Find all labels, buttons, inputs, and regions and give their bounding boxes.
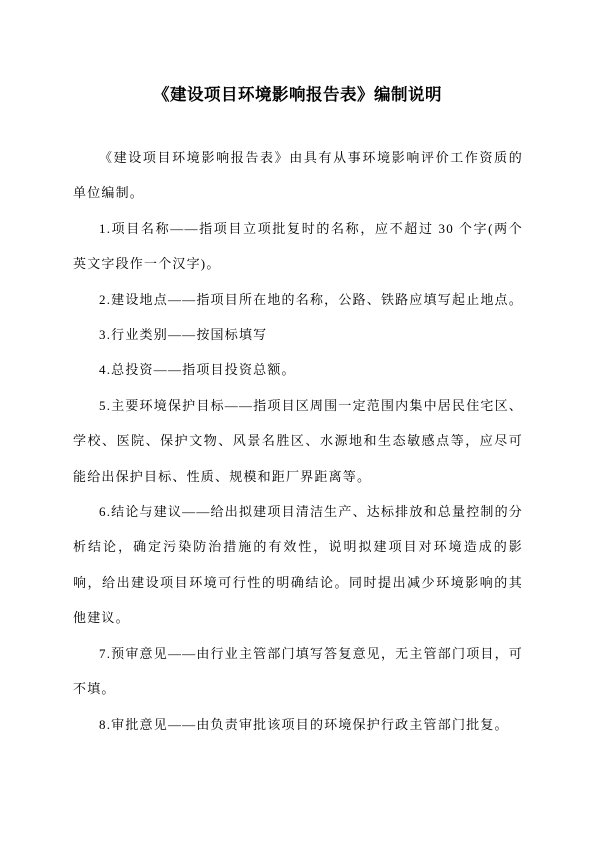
paragraph-6-conclusion: 6.结论与建议——给出拟建项目清洁生产、达标排放和总量控制的分析结论，确定污染防… [73,494,523,636]
document-body: 《建设项目环境影响报告表》由具有从事环境影响评价工作资质的单位编制。 1.项目名… [73,140,523,742]
paragraph-8-approval: 8.审批意见——由负责审批该项目的环境保护行政主管部门批复。 [73,707,523,742]
document-page: 《建设项目环境影响报告表》编制说明 《建设项目环境影响报告表》由具有从事环境影响… [0,0,595,841]
paragraph-intro: 《建设项目环境影响报告表》由具有从事环境影响评价工作资质的单位编制。 [73,140,523,211]
paragraph-5-protection: 5.主要环境保护目标——指项目区周围一定范围内集中居民住宅区、学校、医院、保护文… [73,388,523,494]
paragraph-7-preview: 7.预审意见——由行业主管部门填写答复意见，无主管部门项目，可不填。 [73,636,523,707]
document-title: 《建设项目环境影响报告表》编制说明 [0,0,595,106]
paragraph-3-industry: 3.行业类别——按国标填写 [73,317,523,352]
paragraph-1-project-name: 1.项目名称——指项目立项批复时的名称，应不超过 30 个字(两个英文字段作一个… [73,211,523,282]
paragraph-4-investment: 4.总投资——指项目投资总额。 [73,352,523,387]
paragraph-2-location: 2.建设地点——指项目所在地的名称，公路、铁路应填写起止地点。 [73,282,523,317]
